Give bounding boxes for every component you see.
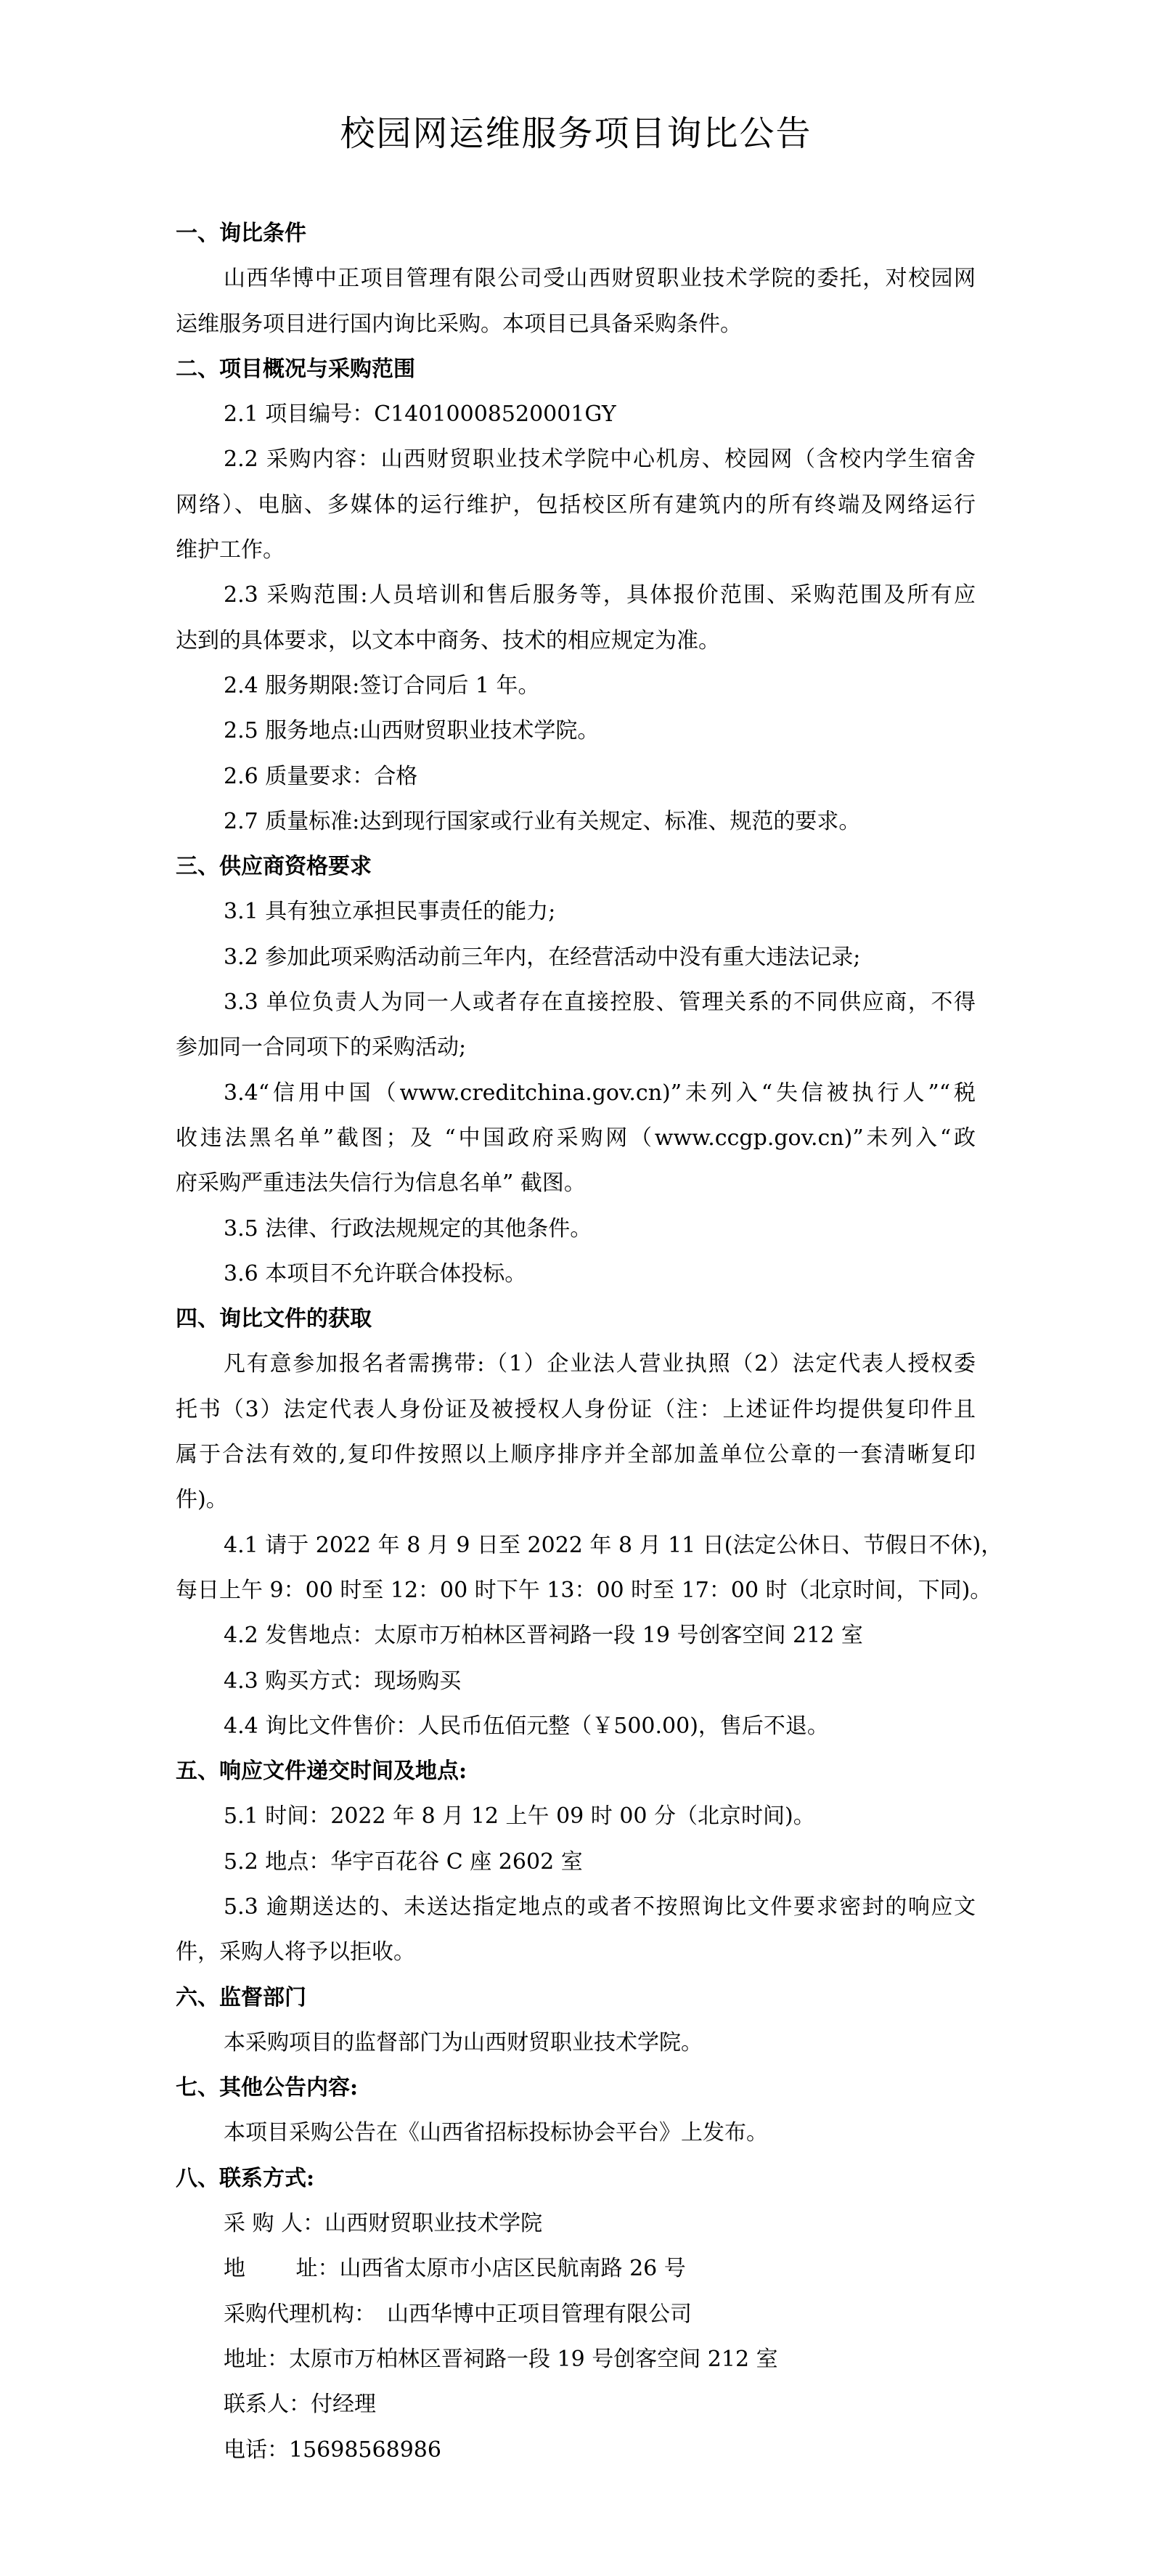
- item-4-4: 4.4 询比文件售价：人民币伍佰元整（￥500.00)，售后不退。: [176, 1704, 976, 1749]
- contact-value: 付经理: [311, 2392, 376, 2417]
- contact-value: 山西华博中正项目管理有限公司: [365, 2302, 692, 2327]
- requirements-line: 托书（3）法定代表人身份证及被授权人身份证（注：上述证件均提供复印件且: [176, 1387, 976, 1432]
- item-4-1-line: 每日上午 9：00 时至 12：00 时下午 13：00 时至 17：00 时（…: [176, 1568, 976, 1613]
- item-3-5: 3.5 法律、行政法规规定的其他条件。: [176, 1207, 976, 1252]
- item-3-2: 3.2 参加此项采购活动前三年内，在经营活动中没有重大违法记录;: [176, 935, 976, 980]
- section-heading-7: 七、其他公告内容:: [176, 2066, 976, 2111]
- document-body: 一、询比条件 山西华博中正项目管理有限公司受山西财贸职业技术学院的委托，对校园网…: [176, 211, 976, 2473]
- paragraph-line: 运维服务项目进行国内询比采购。本项目已具备采购条件。: [176, 302, 976, 347]
- item-5-1: 5.1 时间：2022 年 8 月 12 上午 09 时 00 分（北京时间)。: [176, 1794, 976, 1839]
- contact-label: 地址：: [224, 2347, 289, 2372]
- contact-person: 联系人：付经理: [176, 2382, 976, 2427]
- contact-label: 联系人：: [224, 2392, 311, 2417]
- contact-value: 15698568986: [289, 2437, 441, 2463]
- item-3-1: 3.1 具有独立承担民事责任的能力;: [176, 889, 976, 934]
- section-heading-5: 五、响应文件递交时间及地点:: [176, 1749, 976, 1794]
- paragraph-line: 山西华博中正项目管理有限公司受山西财贸职业技术学院的委托，对校园网: [176, 256, 976, 301]
- contact-label: 地 址：: [224, 2256, 340, 2281]
- page-title: 校园网运维服务项目询比公告: [0, 112, 1152, 155]
- contact-phone: 电话：15698568986: [176, 2428, 976, 2473]
- contact-agency: 采购代理机构： 山西华博中正项目管理有限公司: [176, 2292, 976, 2337]
- section-heading-3: 三、供应商资格要求: [176, 844, 976, 889]
- item-2-2-line: 维护工作。: [176, 528, 976, 573]
- item-3-4-line: 府采购严重违法失信行为信息名单” 截图。: [176, 1161, 976, 1206]
- item-2-3-line: 达到的具体要求，以文本中商务、技术的相应规定为准。: [176, 619, 976, 664]
- document-page: 校园网运维服务项目询比公告 一、询比条件 山西华博中正项目管理有限公司受山西财贸…: [0, 0, 1152, 2576]
- contact-value: 山西省太原市小店区民航南路 26 号: [340, 2256, 686, 2281]
- item-2-5: 2.5 服务地点:山西财贸职业技术学院。: [176, 709, 976, 754]
- item-3-6: 3.6 本项目不允许联合体投标。: [176, 1252, 976, 1297]
- item-2-3-line: 2.3 采购范围:人员培训和售后服务等，具体报价范围、采购范围及所有应: [176, 573, 976, 618]
- item-2-6: 2.6 质量要求：合格: [176, 754, 976, 799]
- item-5-2: 5.2 地点：华宇百花谷 C 座 2602 室: [176, 1840, 976, 1885]
- section-heading-8: 八、联系方式:: [176, 2156, 976, 2201]
- item-4-3: 4.3 购买方式：现场购买: [176, 1659, 976, 1704]
- item-3-4-line: 3.4“信用中国（www.creditchina.gov.cn)”未列入“失信被…: [176, 1071, 976, 1116]
- item-2-2-line: 网络）、电脑、多媒体的运行维护，包括校区所有建筑内的所有终端及网络运行: [176, 483, 976, 528]
- contact-label: 电话：: [224, 2437, 289, 2463]
- requirements-line: 件)。: [176, 1477, 976, 1523]
- contact-label: 采 购 人：: [224, 2211, 324, 2236]
- item-2-4: 2.4 服务期限:签订合同后 1 年。: [176, 664, 976, 709]
- item-3-3-line: 3.3 单位负责人为同一人或者存在直接控股、管理关系的不同供应商，不得: [176, 980, 976, 1025]
- item-2-7: 2.7 质量标准:达到现行国家或行业有关规定、标准、规范的要求。: [176, 799, 976, 844]
- item-3-4-line: 收违法黑名单”截图；及 “中国政府采购网（www.ccgp.gov.cn)”未列…: [176, 1116, 976, 1161]
- item-4-2: 4.2 发售地点：太原市万柏林区晋祠路一段 19 号创客空间 212 室: [176, 1613, 976, 1658]
- contact-value: 山西财贸职业技术学院: [324, 2211, 542, 2236]
- section-heading-6: 六、监督部门: [176, 1976, 976, 2021]
- section-heading-1: 一、询比条件: [176, 211, 976, 256]
- requirements-line: 属于合法有效的,复印件按照以上顺序排序并全部加盖单位公章的一套清晰复印: [176, 1432, 976, 1477]
- contact-label: 采购代理机构：: [224, 2302, 365, 2327]
- item-5-3-line: 件，采购人将予以拒收。: [176, 1930, 976, 1975]
- item-5-3-line: 5.3 逾期送达的、未送达指定地点的或者不按照询比文件要求密封的响应文: [176, 1885, 976, 1930]
- item-3-3-line: 参加同一合同项下的采购活动;: [176, 1025, 976, 1070]
- item-2-2-line: 2.2 采购内容：山西财贸职业技术学院中心机房、校园网（含校内学生宿舍: [176, 437, 976, 482]
- contact-agency-address: 地址：太原市万柏林区晋祠路一段 19 号创客空间 212 室: [176, 2337, 976, 2382]
- contact-purchaser-address: 地 址：山西省太原市小店区民航南路 26 号: [176, 2246, 976, 2291]
- contact-purchaser: 采 购 人：山西财贸职业技术学院: [176, 2201, 976, 2246]
- item-4-1-line: 4.1 请于 2022 年 8 月 9 日至 2022 年 8 月 11 日(法…: [176, 1523, 976, 1568]
- other-announcement-text: 本项目采购公告在《山西省招标投标协会平台》上发布。: [176, 2111, 976, 2156]
- contact-value: 太原市万柏林区晋祠路一段 19 号创客空间 212 室: [289, 2347, 778, 2372]
- section-heading-2: 二、项目概况与采购范围: [176, 347, 976, 392]
- item-2-1: 2.1 项目编号：C14010008520001GY: [176, 392, 976, 437]
- supervision-text: 本采购项目的监督部门为山西财贸职业技术学院。: [176, 2021, 976, 2066]
- section-heading-4: 四、询比文件的获取: [176, 1297, 976, 1342]
- requirements-line: 凡有意参加报名者需携带:（1）企业法人营业执照（2）法定代表人授权委: [176, 1342, 976, 1387]
